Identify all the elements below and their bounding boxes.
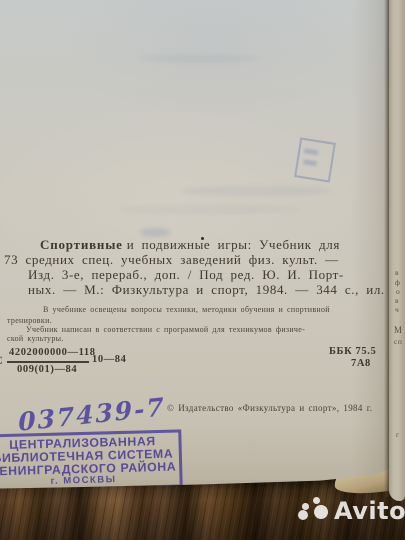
catalog-margin-letter: С <box>0 355 3 365</box>
library-stamp: ЦЕНТРАЛИЗОВАННАЯ БИБЛИОТЕЧНАЯ СИСТЕМА ЛЕ… <box>0 429 183 492</box>
bibliographic-line-4: ных. — М.: Физкультура и спорт, 1984. — … <box>28 283 385 296</box>
book-title: Спортивные <box>40 237 123 252</box>
faint-blue-stamp <box>294 137 336 182</box>
avito-logo-dot <box>314 505 328 519</box>
edge-text-fragment: г <box>396 430 400 439</box>
catalog-suffix: 10—84 <box>92 355 127 365</box>
bibliographic-line-1-rest: и подвижные игры: Учебник для <box>127 237 340 252</box>
avito-logo-dot <box>302 503 309 510</box>
bbk-code: ББК 75.5 <box>329 347 376 357</box>
annotation-line-3: Учебник написан в соответствии с програм… <box>26 326 305 334</box>
avito-watermark: Avito <box>294 492 402 534</box>
paper-smudge <box>120 205 300 214</box>
book-page: Спортивныеи подвижные игры: Учебник для … <box>0 0 390 492</box>
book-photo: Спортивныеи подвижные игры: Учебник для … <box>0 0 405 540</box>
paper-smudge <box>180 186 330 196</box>
edge-text-fragment: ф <box>395 278 400 287</box>
annotation-line-2: тренировки. <box>7 317 52 325</box>
annotation-line-4: ской культуры. <box>7 335 64 343</box>
bbk-subcode: 7А8 <box>351 359 371 369</box>
bibliographic-line-3: Изд. 3-е, перераб., доп. / Под ред. Ю. И… <box>28 268 344 281</box>
edge-text-fragment: ч <box>395 305 399 314</box>
catalog-denominator: 009(01)—84 <box>17 365 77 375</box>
avito-logo-dot <box>298 510 308 520</box>
catalog-numerator: 4202000000—118 <box>9 348 96 358</box>
catalog-fraction-rule <box>7 361 89 363</box>
adjacent-page-edge: в ф о в ч М сп г <box>389 0 405 501</box>
paper-smudge <box>140 54 260 63</box>
blue-ink-smudge <box>140 228 170 237</box>
edge-text-fragment: сп <box>394 337 402 346</box>
avito-logo-dot <box>313 497 320 504</box>
edge-text-fragment: в <box>395 268 399 277</box>
edge-text-fragment: в <box>395 296 399 305</box>
bibliographic-line-1: Спортивныеи подвижные игры: Учебник для <box>40 238 340 251</box>
annotation-line-1: В учебнике освещены вопросы техники, мет… <box>43 306 330 314</box>
edge-text-fragment: М <box>394 325 403 335</box>
avito-logo-icon <box>296 494 332 526</box>
library-stamp-line-4: г. МОСКВЫ <box>50 475 116 487</box>
copyright-line: © Издательство «Физкультура и спорт», 19… <box>167 403 372 413</box>
avito-wordmark: Avito <box>334 499 405 523</box>
edge-text-fragment: о <box>396 287 400 296</box>
bibliographic-line-2: 73 средних спец. учебных заведений физ. … <box>4 253 339 266</box>
